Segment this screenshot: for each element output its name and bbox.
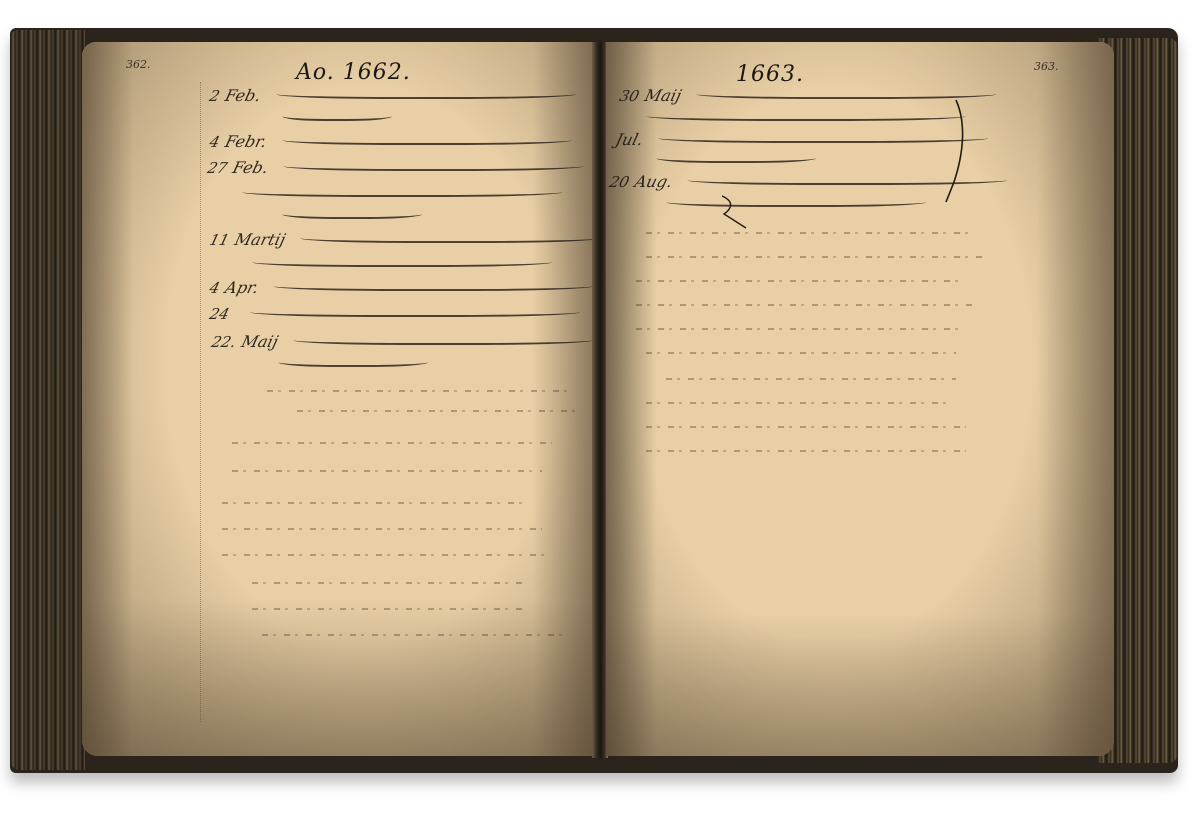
entry-date: 30	[618, 87, 642, 105]
register-entry: 24	[208, 304, 583, 323]
left-page-edges	[10, 30, 85, 770]
entry-month: Martij	[233, 230, 288, 249]
entry-month: Maij	[239, 332, 280, 351]
year-heading-right: 1663.	[736, 62, 804, 87]
margin-ruling	[200, 82, 201, 722]
register-entry: 22.Maij	[210, 332, 596, 351]
register-entry: 4Febr.	[208, 132, 574, 151]
bleed-through-text	[636, 304, 976, 306]
entry-date	[608, 131, 612, 149]
entry-date: 22.	[210, 333, 238, 351]
bleed-through-text	[232, 470, 542, 472]
entry-date: 24	[208, 305, 232, 323]
register-entry-continuation	[664, 194, 929, 213]
register-entry-continuation	[644, 108, 969, 127]
handwritten-text	[251, 255, 554, 267]
page-number-left: 362.	[126, 58, 151, 71]
bleed-through-text	[646, 232, 976, 234]
entry-date: 11	[208, 231, 232, 249]
entry-month: Jul.	[614, 130, 646, 149]
bleed-through-text	[262, 634, 562, 636]
register-entry-continuation	[280, 206, 425, 225]
handwritten-text	[645, 109, 968, 121]
register-entry: 4Apr.	[208, 278, 596, 297]
bleed-through-text	[222, 502, 522, 504]
register-entry: 11Martij	[208, 230, 603, 249]
bleed-through-text	[252, 608, 522, 610]
ink-flourish	[936, 92, 976, 212]
bleed-through-text	[666, 378, 956, 380]
page-number-right: 363.	[1034, 60, 1059, 73]
entry-month: Febr.	[223, 132, 269, 151]
entry-month	[233, 304, 238, 323]
register-entry-continuation	[280, 108, 395, 127]
bleed-through-text	[232, 442, 552, 444]
bleed-through-text	[252, 582, 522, 584]
bleed-through-text	[267, 390, 567, 392]
bleed-through-text	[646, 426, 966, 428]
entry-month: Aug.	[633, 172, 675, 191]
bleed-through-text	[222, 528, 542, 530]
bleed-through-text	[222, 554, 552, 556]
right-page: 363. 1663. 30Maij Jul. 20Aug.	[606, 42, 1114, 756]
entry-date: 2	[208, 87, 222, 105]
bleed-through-text	[646, 256, 986, 258]
handwritten-text	[241, 185, 564, 197]
handwritten-text	[275, 87, 578, 99]
handwritten-text	[277, 355, 430, 367]
register-entry-continuation	[276, 354, 431, 373]
left-page: 362. Ao. 1662. 2Feb. 4Febr. 27Feb. 11Mar…	[82, 42, 594, 756]
open-book: 362. Ao. 1662. 2Feb. 4Febr. 27Feb. 11Mar…	[10, 28, 1178, 773]
register-entry-continuation	[654, 150, 819, 169]
bleed-through-text	[646, 402, 946, 404]
handwritten-text	[281, 207, 424, 219]
entry-month: Apr.	[223, 278, 261, 297]
register-entry: Jul.	[608, 130, 991, 149]
bleed-through-text	[636, 328, 966, 330]
handwritten-text	[281, 109, 394, 121]
bleed-through-text	[297, 410, 577, 412]
entry-month: Maij	[643, 86, 684, 105]
entry-month: Feb.	[223, 86, 263, 105]
handwritten-text	[281, 133, 574, 145]
register-entry: 2Feb.	[208, 86, 578, 105]
handwritten-text	[273, 279, 596, 291]
entry-month: Feb.	[231, 158, 271, 177]
register-entry-continuation	[240, 184, 565, 203]
ink-flourish	[716, 192, 756, 232]
register-entry-continuation	[250, 254, 555, 273]
entry-date: 4	[208, 133, 222, 151]
register-entry: 27Feb.	[206, 158, 586, 177]
year-heading-left: Ao. 1662.	[296, 60, 411, 85]
bleed-through-text	[646, 352, 956, 354]
handwritten-text	[655, 151, 818, 163]
handwritten-text	[300, 231, 603, 243]
entry-date: 4	[208, 279, 222, 297]
handwritten-text	[282, 159, 585, 171]
entry-date: 20	[608, 173, 632, 191]
entry-date: 27	[206, 159, 230, 177]
bleed-through-text	[646, 450, 966, 452]
handwritten-text	[292, 333, 595, 345]
bleed-through-text	[636, 280, 966, 282]
handwritten-text	[665, 195, 928, 207]
handwritten-text	[249, 305, 582, 317]
